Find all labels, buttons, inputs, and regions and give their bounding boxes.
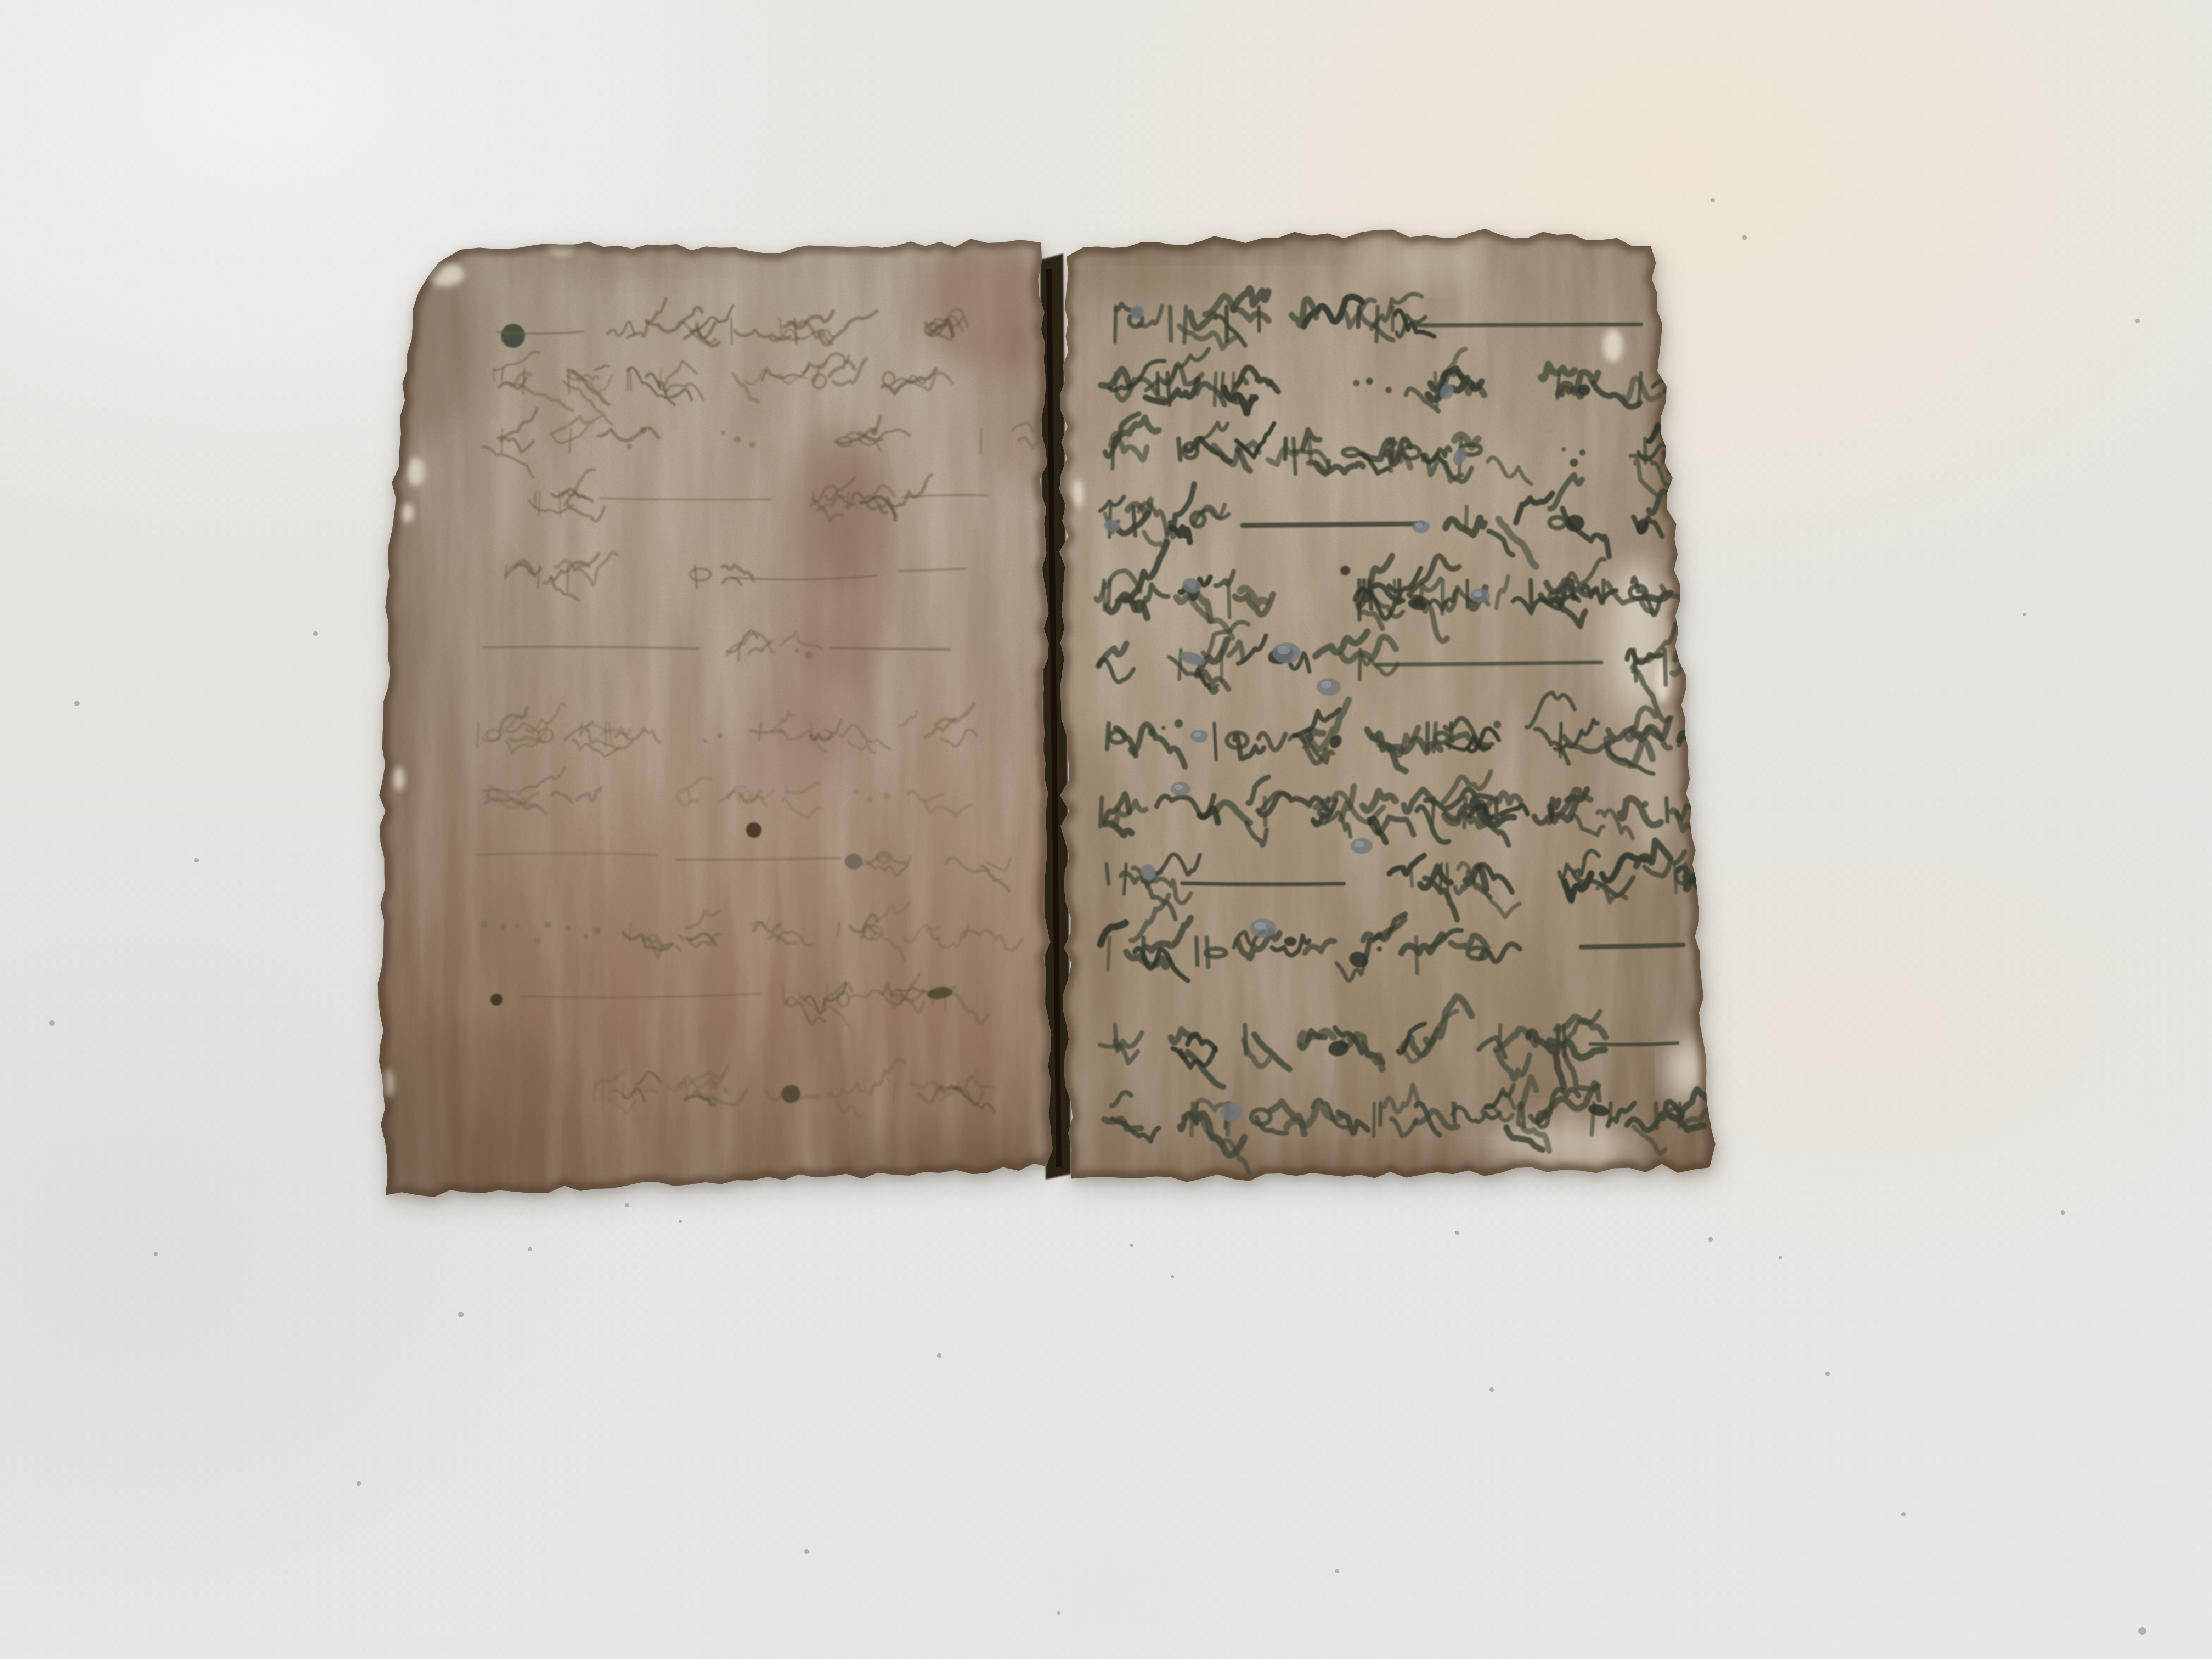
photo-grain xyxy=(0,0,2212,1659)
scene-canvas xyxy=(0,0,2212,1659)
photo-grain-overlay xyxy=(0,0,2212,1659)
photograph-two-wooden-tablets xyxy=(0,0,2212,1659)
